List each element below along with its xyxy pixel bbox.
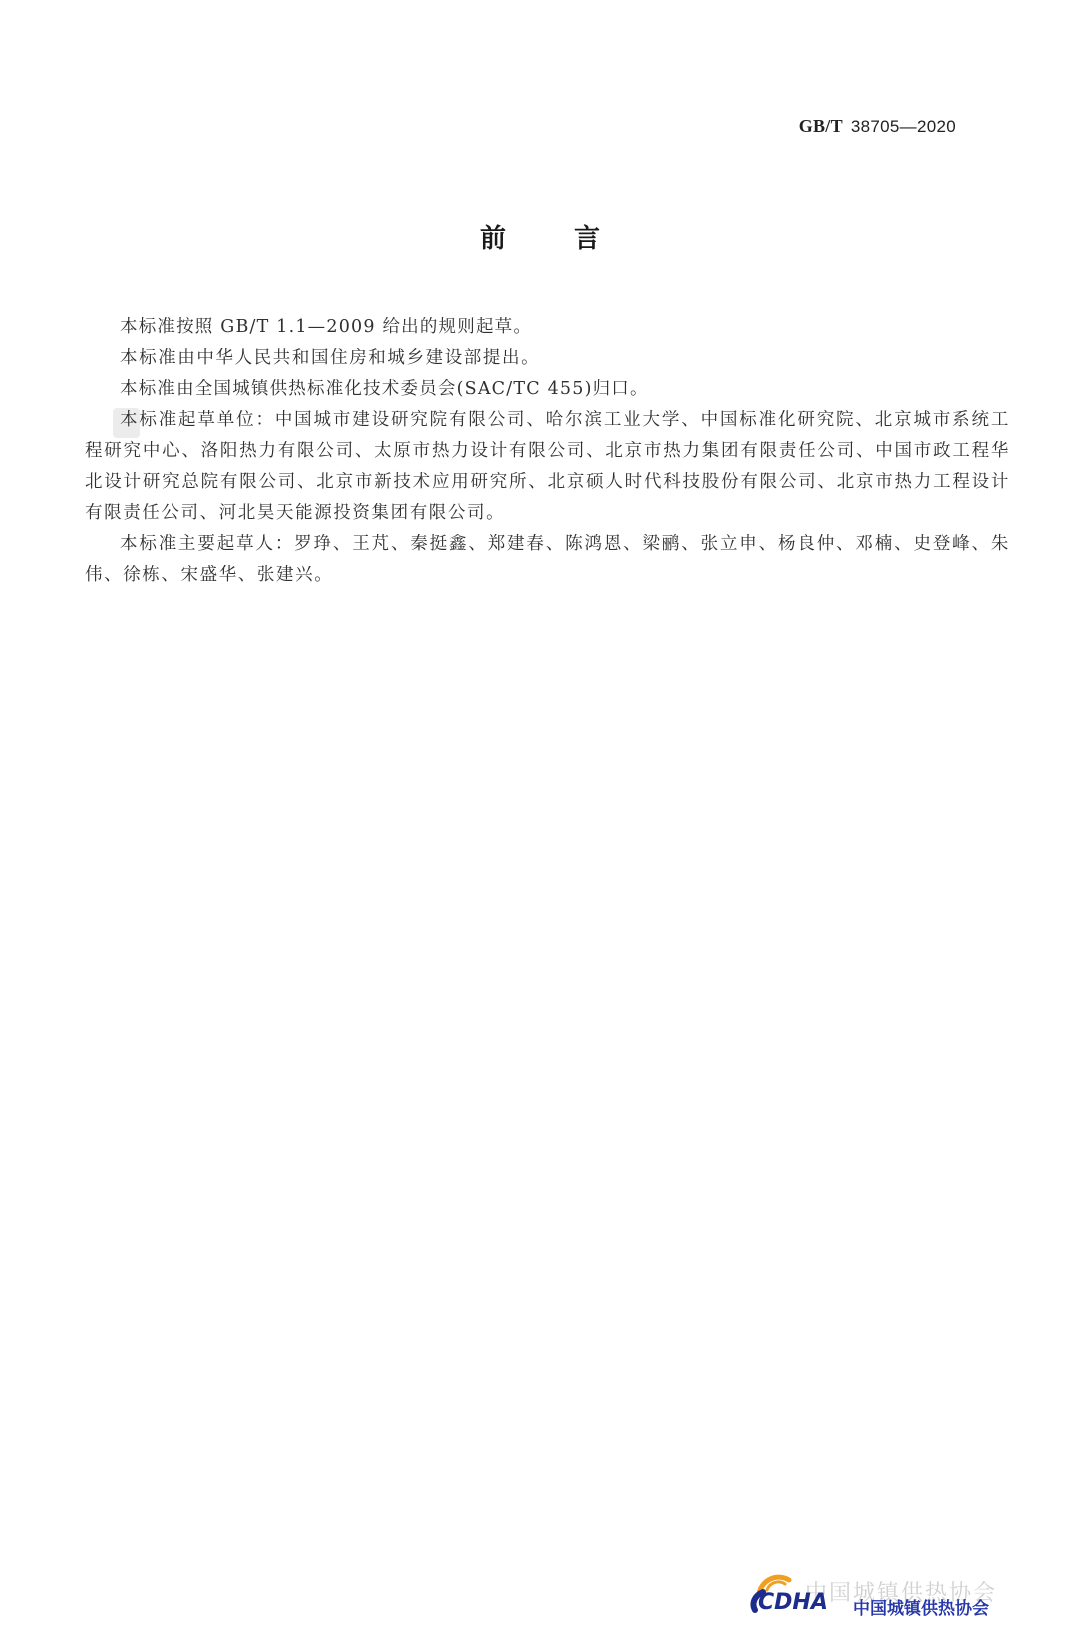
foreword-body: 本标准按照 GB/T 1.1—2009 给出的规则起草。 本标准由中华人民共和国… — [85, 312, 1010, 591]
paragraph-administrator: 本标准由全国城镇供热标准化技术委员会(SAC/TC 455)归口。 — [85, 374, 1010, 405]
title-char-1: 前 — [480, 224, 506, 254]
paragraph-drafting-rules: 本标准按照 GB/T 1.1—2009 给出的规则起草。 — [85, 312, 1010, 343]
title-char-2: 言 — [574, 224, 600, 254]
page-title: 前言 — [0, 218, 1080, 255]
logo-cdha-text: CDHA — [758, 1590, 828, 1615]
paragraph-proposer: 本标准由中华人民共和国住房和城乡建设部提出。 — [85, 343, 1010, 374]
standard-prefix: GB/T — [799, 116, 843, 136]
watermark-logo: 中国城镇供热协会 CDHA 中国城镇供热协会 — [745, 1570, 1045, 1620]
logo-org-name: 中国城镇供热协会 — [853, 1594, 989, 1619]
paragraph-drafters: 本标准主要起草人：罗琤、王芃、秦挺鑫、郑建春、陈鸿恩、梁鹂、张立申、杨良仲、邓楠… — [85, 529, 1010, 591]
standard-code: GB/T38705—2020 — [799, 116, 956, 137]
standard-number: 38705—2020 — [851, 117, 956, 136]
paragraph-drafting-units: 本标准起草单位：中国城市建设研究院有限公司、哈尔滨工业大学、中国标准化研究院、北… — [85, 405, 1010, 529]
